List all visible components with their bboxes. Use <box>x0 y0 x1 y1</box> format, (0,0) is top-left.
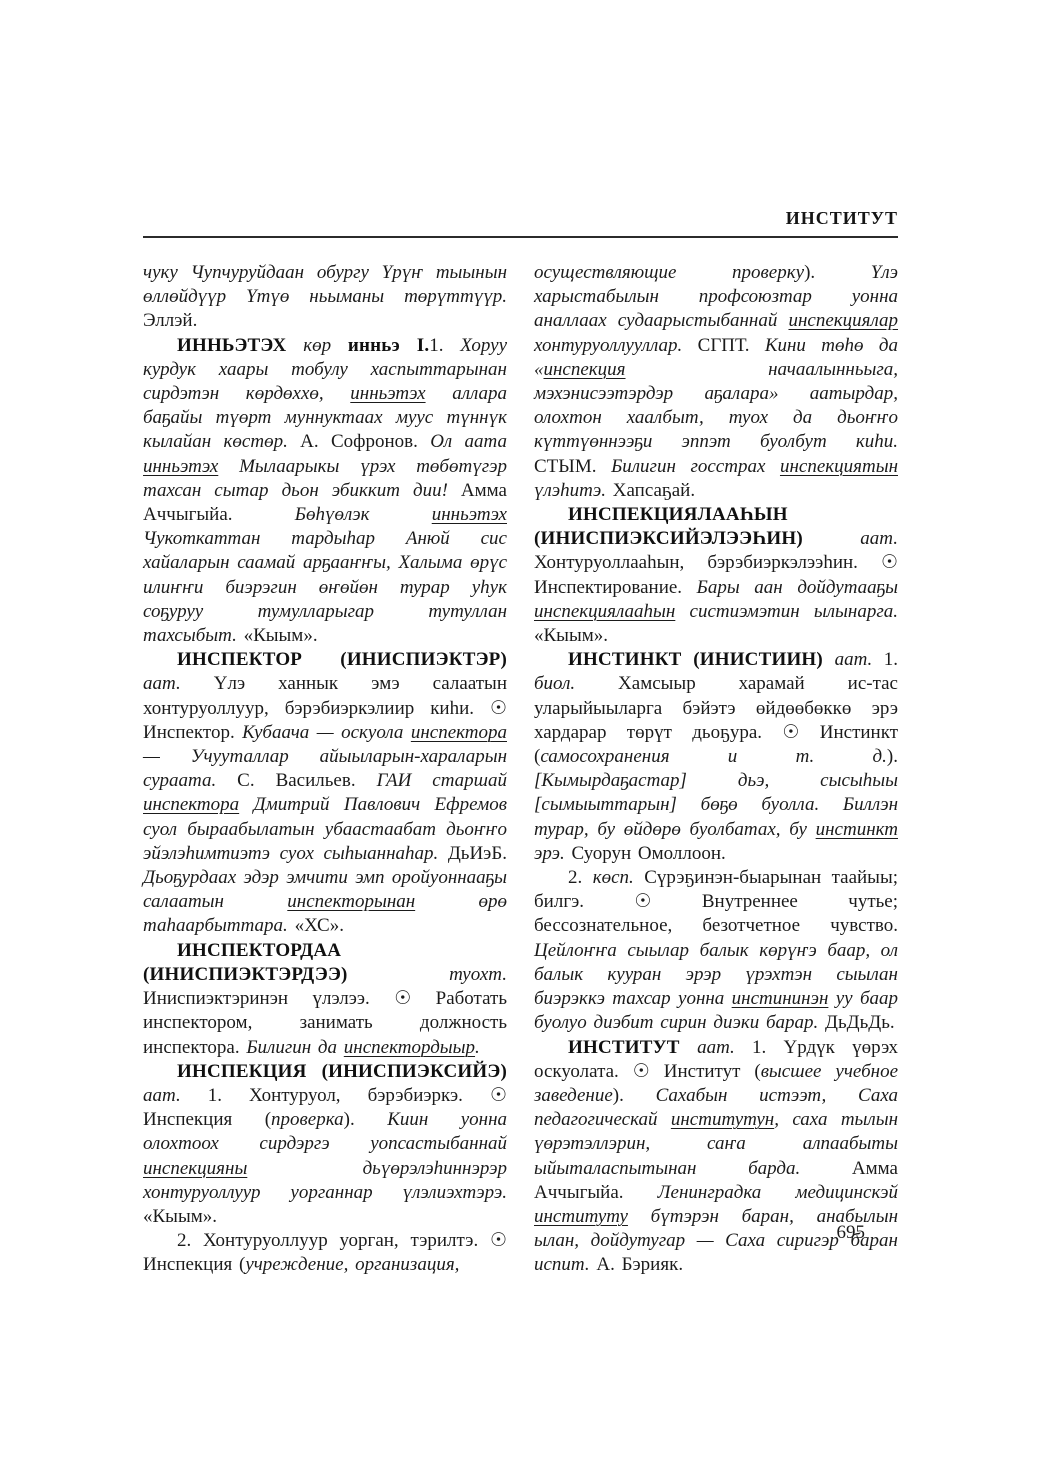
text-columns: чуку Чупчуруйдаан обургу Үрүҥ тыынын өлл… <box>143 261 899 1278</box>
text-segment: 1. <box>429 335 460 356</box>
text-segment: инспекциятын <box>780 456 898 477</box>
paragraph: ИНСТИНКТ (ИНИСТИИН) аат. 1. биол. Хамсыы… <box>534 648 898 866</box>
paragraph: ИНСПЕКЦИЯ (ИНИСПИЭКСИЙЭ) аат. 1. Хонтуру… <box>143 1060 507 1229</box>
text-segment: 2. <box>568 867 593 888</box>
text-segment: ИНСПЕКЦИЯ (ИНИСПИЭКСИЙЭ) <box>177 1061 507 1082</box>
header-rule <box>143 236 898 238</box>
right-column: осуществляющие проверку). Үлэ харыстабыл… <box>534 261 898 1278</box>
text-segment: ГАИ старшай <box>377 770 507 791</box>
text-segment: . <box>475 1037 480 1058</box>
text-segment: инстинкт <box>816 819 898 840</box>
text-segment: эрэ. <box>534 843 572 864</box>
text-segment: үлэһитэ. <box>534 480 613 501</box>
page-number: 695 <box>143 1222 865 1244</box>
text-segment: Билигин госстрах <box>611 456 780 477</box>
text-segment: ). <box>344 1109 388 1130</box>
running-head-text: ИНСТИТУТ <box>786 208 898 228</box>
text-segment: Суорун Омоллоон. <box>572 843 726 864</box>
text-segment: Ол аата <box>430 431 507 452</box>
text-segment: инспекциялар <box>788 310 898 331</box>
text-segment: ДьИэБ. <box>448 843 507 864</box>
text-segment: аат. <box>697 1037 752 1058</box>
text-segment: инстининэн <box>732 988 829 1009</box>
paragraph: ИНСПЕКТОР (ИНИСПИЭКТЭР) аат. Үлэ ханнык … <box>143 648 507 938</box>
text-segment: «Кыым». <box>534 625 608 646</box>
text-segment: учреждение, организация, <box>245 1254 459 1275</box>
text-segment: ДьДьДь. <box>825 1012 895 1033</box>
text-segment: Ленинградка медицинскэй <box>658 1182 898 1203</box>
text-segment: СГПТ. <box>698 335 765 356</box>
text-segment: инньэтэх <box>143 456 218 477</box>
text-segment: көр <box>303 335 348 356</box>
text-segment: чуку Чупчуруйдаан обургу Үрүҥ тыынын өлл… <box>143 262 507 307</box>
text-segment: инспекция <box>544 359 626 380</box>
text-segment: Кубаача — оскуола <box>242 722 411 743</box>
text-segment: инспекторынан <box>287 891 415 912</box>
text-segment: ИНСТИНКТ (ИНИСТИИН) <box>568 649 835 670</box>
text-segment: 1. <box>884 649 898 670</box>
text-segment: инньэ I. <box>348 335 429 356</box>
text-segment: Хапсаҕай. <box>613 480 695 501</box>
text-segment: ИНСПЕКТОР (ИНИСПИЭКТЭР) <box>177 649 507 670</box>
text-segment: инньэтэх <box>432 504 507 525</box>
text-segment: институтун <box>671 1109 774 1130</box>
paragraph: осуществляющие проверку). Үлэ харыстабыл… <box>534 261 898 503</box>
paragraph: ИНСПЕКТОРДАА (ИНИСПИЭКТЭРДЭЭ) туохт. Ини… <box>143 939 507 1060</box>
left-column: чуку Чупчуруйдаан обургу Үрүҥ тыынын өлл… <box>143 261 507 1278</box>
text-segment: инспекциялааһын <box>534 601 675 622</box>
text-segment: «Кыым». <box>244 625 318 646</box>
text-segment: А. Бэрияк. <box>596 1254 683 1275</box>
text-segment: систиэмэтин ылынарга. <box>675 601 898 622</box>
text-segment: Эллэй. <box>143 310 197 331</box>
text-segment: осуществляющие проверку <box>534 262 804 283</box>
text-segment: Билигин да <box>246 1037 343 1058</box>
text-segment: туохт. <box>449 964 507 985</box>
text-segment: Бары аан дойдутааҕы <box>697 577 898 598</box>
text-segment: хонтуруоллууллар. <box>534 335 698 356</box>
text-segment: ИНСПЕКЦИЯЛААҺЫН (ИНИСПИЭКСИЙЭЛЭЭҺИН) <box>534 504 860 549</box>
text-segment: Бөһүөлэк <box>295 504 432 525</box>
text-segment: аат. <box>860 528 898 549</box>
paragraph: ИНСПЕКЦИЯЛААҺЫН (ИНИСПИЭКСИЙЭЛЭЭҺИН) аат… <box>534 503 898 648</box>
text-segment: аат. <box>835 649 884 670</box>
text-segment: ). <box>887 746 898 767</box>
running-head: ИНСТИТУТ <box>143 208 898 229</box>
text-segment: инспектордыыр <box>344 1037 475 1058</box>
text-segment: инньэтэх <box>350 383 425 404</box>
text-segment: С. Васильев. <box>237 770 376 791</box>
text-segment: биол. <box>534 673 618 694</box>
text-segment: «ХС». <box>295 915 344 936</box>
text-segment: СТЫМ. <box>534 456 611 477</box>
text-segment: А. Софронов. <box>300 431 430 452</box>
text-segment: аат. <box>143 1085 208 1106</box>
dictionary-page: ИНСТИТУТ чуку Чупчуруйдаан обургу Үрүҥ т… <box>0 0 1040 1473</box>
text-segment: аат. <box>143 673 214 694</box>
text-segment: ИНСТИТУТ <box>568 1037 697 1058</box>
text-segment: ). <box>804 262 871 283</box>
text-segment: ). <box>613 1085 656 1106</box>
paragraph: ИННЬЭТЭХ көр инньэ I.1. Хоруу курдук хаа… <box>143 334 507 649</box>
text-segment: көсп. <box>593 867 645 888</box>
text-segment: Чукоткаттан тардыһар Анюй сис хайаларын … <box>143 528 507 646</box>
text-segment: инспекцияны <box>143 1158 247 1179</box>
text-segment: инспектора <box>143 794 239 815</box>
text-segment: самосохранения и т. д. <box>540 746 887 767</box>
text-segment: проверка <box>271 1109 344 1130</box>
text-segment: ИННЬЭТЭХ <box>177 335 303 356</box>
text-segment: ИНСПЕКТОРДАА (ИНИСПИЭКТЭРДЭЭ) <box>143 940 449 985</box>
paragraph: чуку Чупчуруйдаан обургу Үрүҥ тыынын өлл… <box>143 261 507 334</box>
text-segment: инспектора <box>411 722 507 743</box>
paragraph: 2. көсп. Сүрэҕинэн-быарынан таайыы; билг… <box>534 866 898 1035</box>
